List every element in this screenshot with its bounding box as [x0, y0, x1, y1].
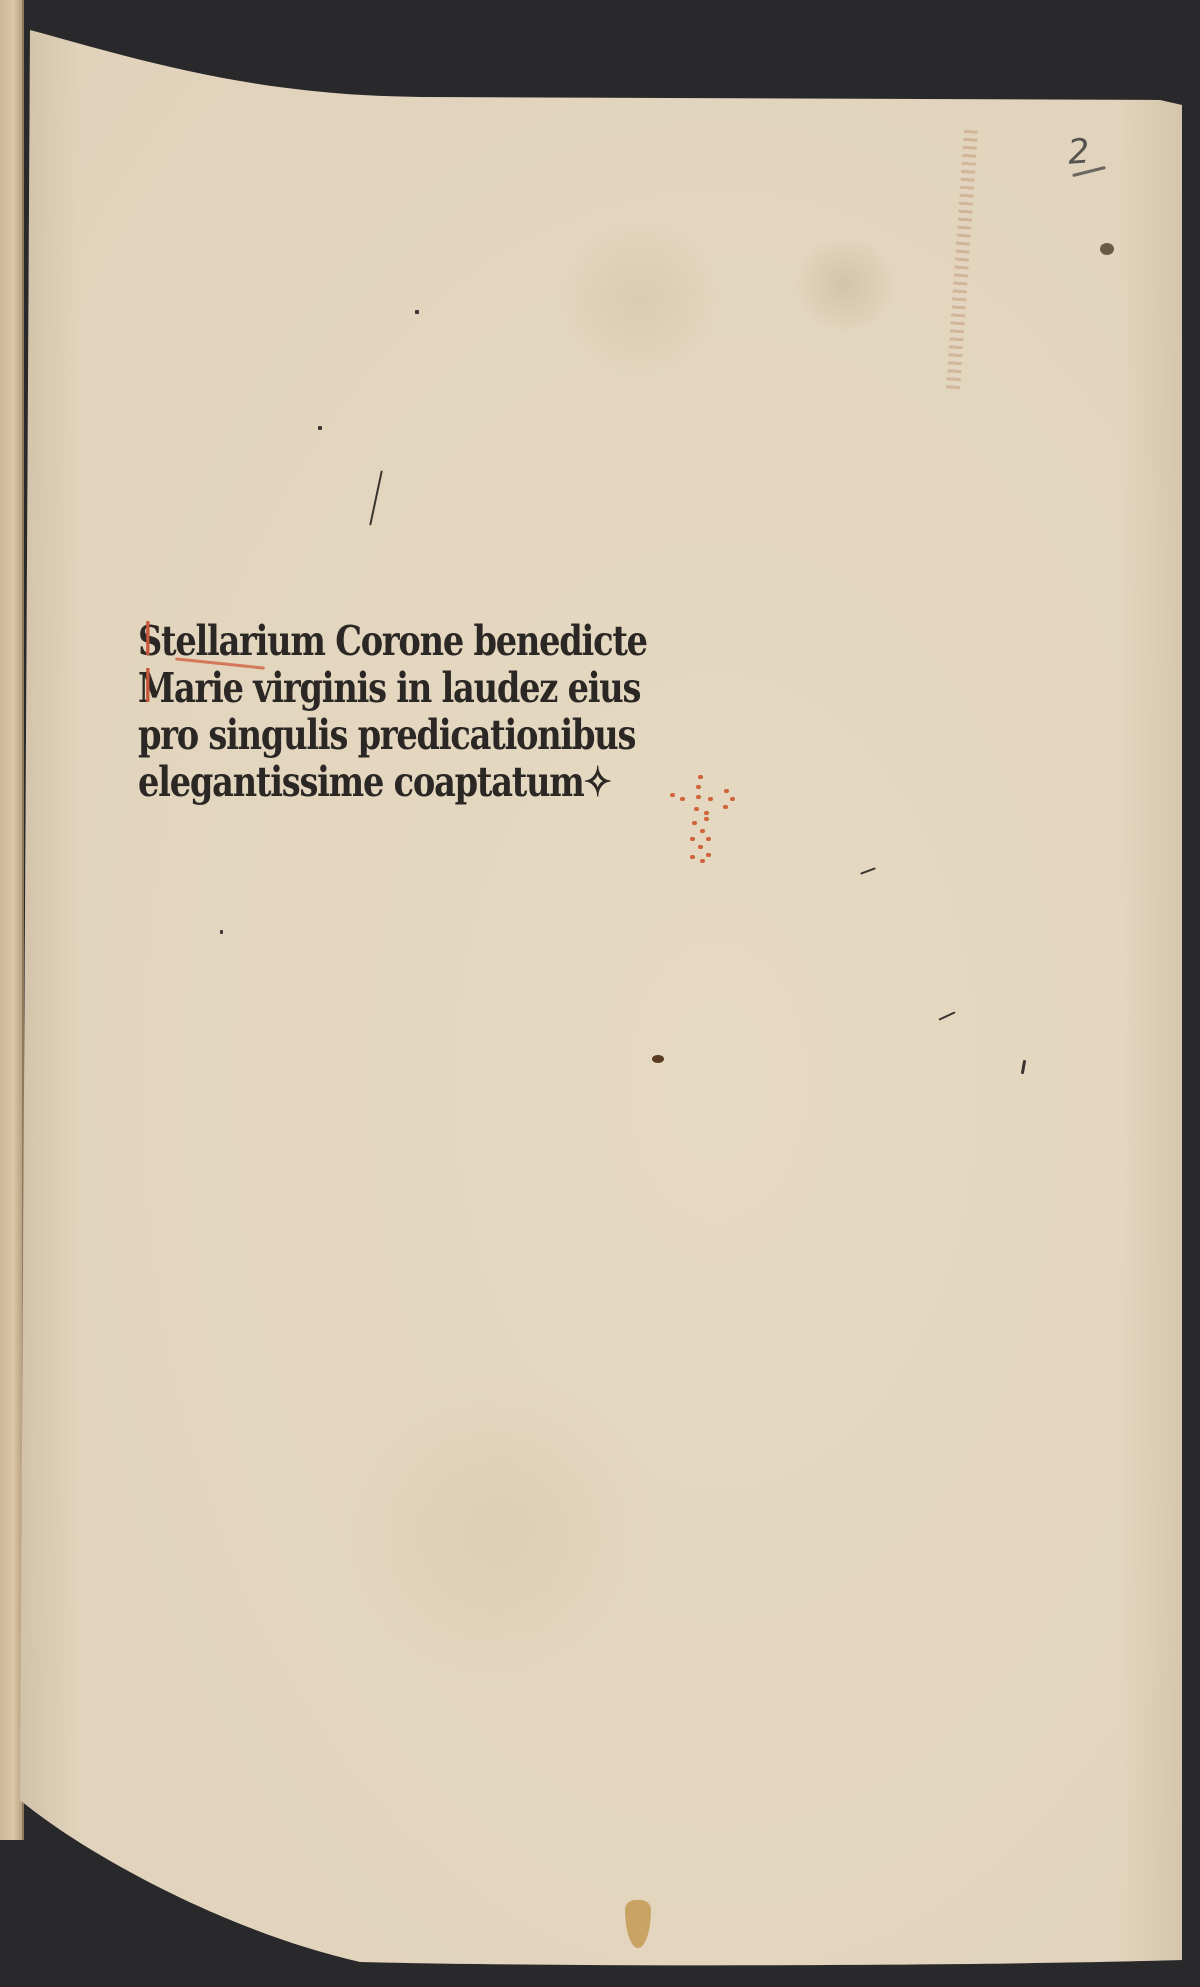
book-page	[20, 0, 1182, 1967]
facing-page-edge	[0, 0, 24, 1840]
speck	[318, 426, 322, 430]
speck	[220, 930, 223, 934]
stain	[1100, 243, 1114, 255]
title-line-1: Stellarium Corone benedicte	[138, 618, 671, 665]
stain	[790, 240, 900, 330]
title-line-4: elegantissime coaptatum✧	[138, 759, 671, 806]
rubricated-initial: M	[138, 664, 174, 712]
rubricated-initial: S	[138, 617, 161, 665]
speck	[415, 310, 419, 314]
red-dotted-cross-ornament	[668, 775, 738, 865]
title-line-3: pro singulis predicationibus	[138, 712, 671, 759]
title-line-2: Marie virginis in laudez eius	[138, 665, 671, 712]
stain	[652, 1055, 664, 1063]
folio-number: 2	[1067, 131, 1091, 172]
